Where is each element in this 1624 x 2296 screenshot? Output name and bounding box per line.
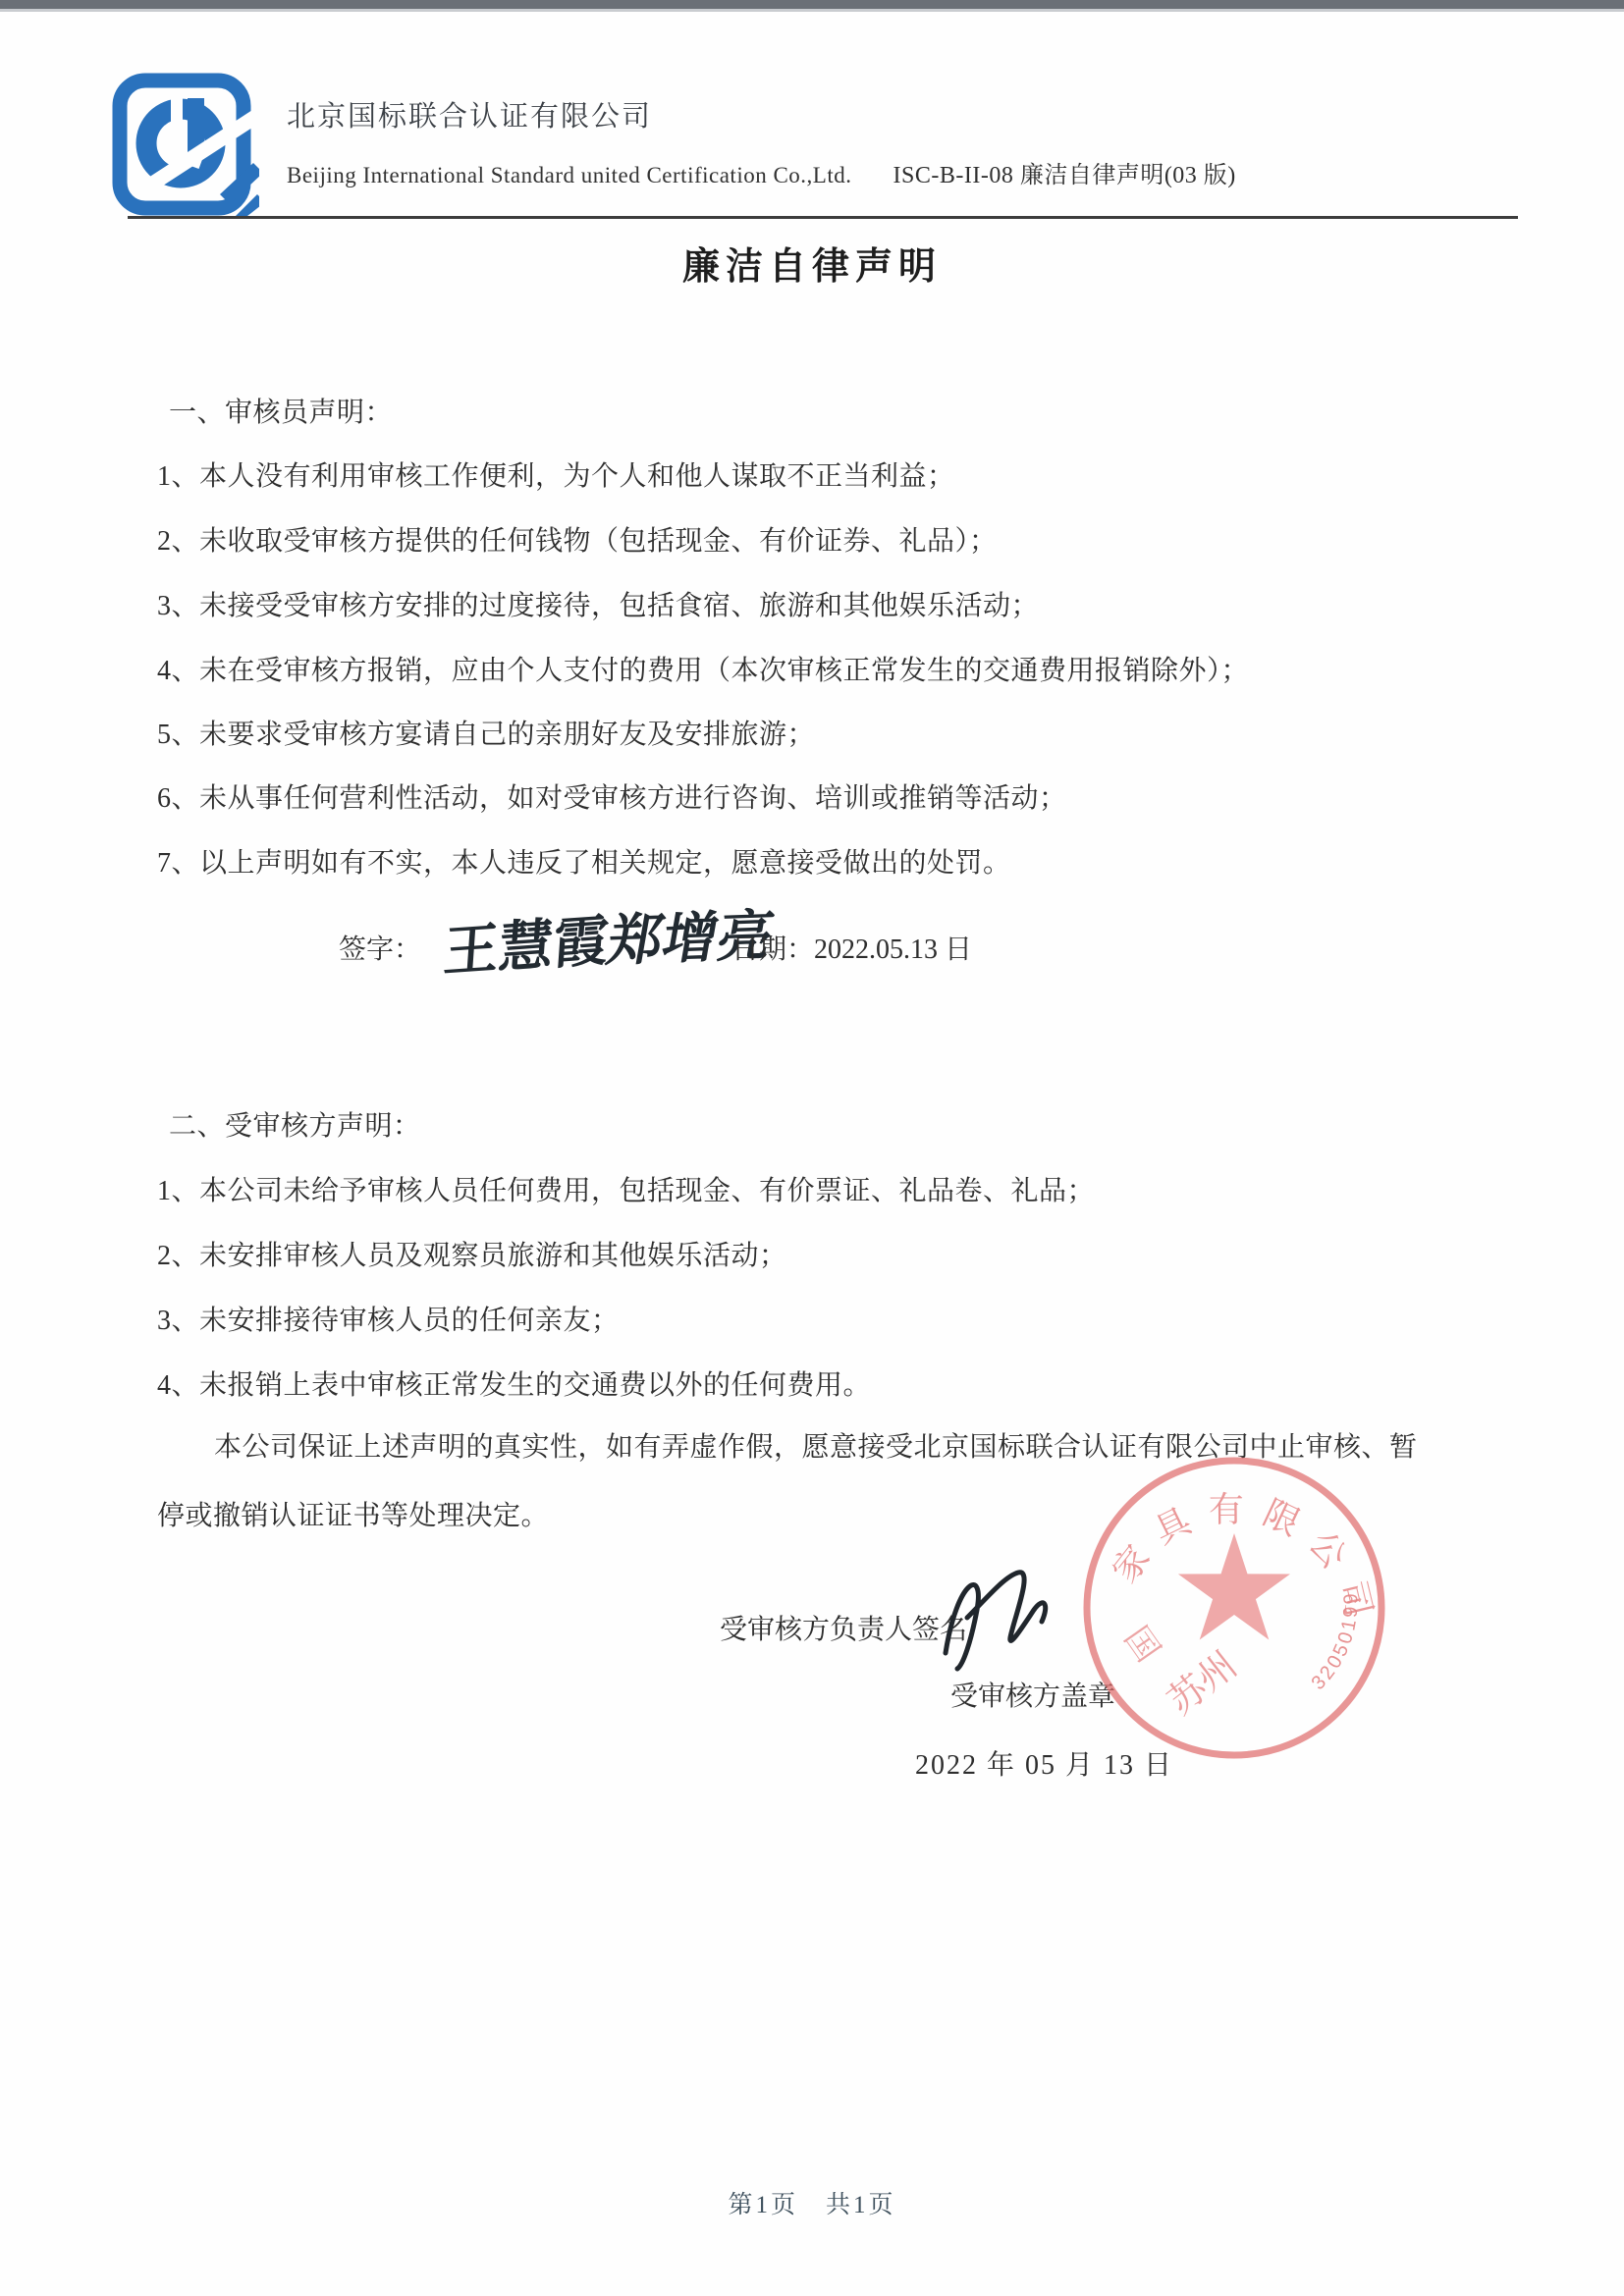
seal-star-icon [1178,1533,1290,1640]
auditor-signature-1: 王慧霞 [441,897,611,988]
section2-item-1: 1、本公司未给予审核人员任何费用，包括现金、有价票证、礼品卷、礼品； [157,1169,1095,1208]
signature-date: 日期：2022.05.13 日 [731,928,972,967]
section1-item-7: 7、以上声明如有不实，本人违反了相关规定，愿意接受做出的处罚。 [157,841,1011,881]
section1-item-5: 5、未要求受审核方宴请自己的亲朋好友及安排旅游； [157,713,815,752]
section2-item-2: 2、未安排审核人员及观察员旅游和其他娱乐活动； [157,1234,787,1273]
section1-item-2: 2、未收取受审核方提供的任何钱物（包括现金、有价证券、礼品）； [157,519,998,559]
closing-statement-line2: 停或撤销认证证书等处理决定。 [157,1494,549,1533]
section1-item-6: 6、未从事任何营利性活动，如对受审核方进行咨询、培训或推销等活动； [157,776,1067,816]
section2-heading: 二、受审核方声明： [169,1104,421,1144]
header-subline: Beijing International Standard united Ce… [287,155,1524,189]
scan-artifact-top-light [0,9,1624,12]
section2-item-4: 4、未报销上表中审核正常发生的交通费以外的任何费用。 [157,1363,871,1403]
section1-heading: 一、审核员声明： [169,391,393,430]
section2-item-3: 3、未安排接待审核人员的任何亲友； [157,1299,620,1338]
page-number: 第1页 共1页 [0,2185,1624,2220]
section1-item-1: 1、本人没有利用审核工作便利，为个人和他人谋取不正当利益； [157,454,955,494]
section1-item-4: 4、未在受审核方报销，应由个人支付的费用（本次审核正常发生的交通费用报销除外）； [157,649,1249,688]
company-name-en: Beijing International Standard united Ce… [287,163,852,187]
document-code: ISC-B-II-08 廉洁自律声明(03 版) [893,163,1236,188]
auditee-handwritten-signature [928,1559,1065,1677]
scan-artifact-top [0,0,1624,9]
seal-ring-text-left: 国 [1117,1620,1167,1669]
section1-item-3: 3、未接受受审核方安排的过度接待，包括食宿、旅游和其他娱乐活动； [157,584,1039,623]
header-divider [128,216,1518,219]
company-name-cn: 北京国标联合认证有限公司 [287,94,652,134]
signature-label: 签字： [339,928,421,967]
company-logo-icon [110,73,259,216]
seal-ring-text-bottom: 苏州 [1161,1644,1245,1723]
document-page: 北京国标联合认证有限公司 Beijing International Stand… [0,0,1624,2296]
page-title: 廉洁自律声明 [0,236,1624,290]
company-seal-stamp: 家具有限公司 3205019914739 苏州 国 [1076,1453,1392,1767]
